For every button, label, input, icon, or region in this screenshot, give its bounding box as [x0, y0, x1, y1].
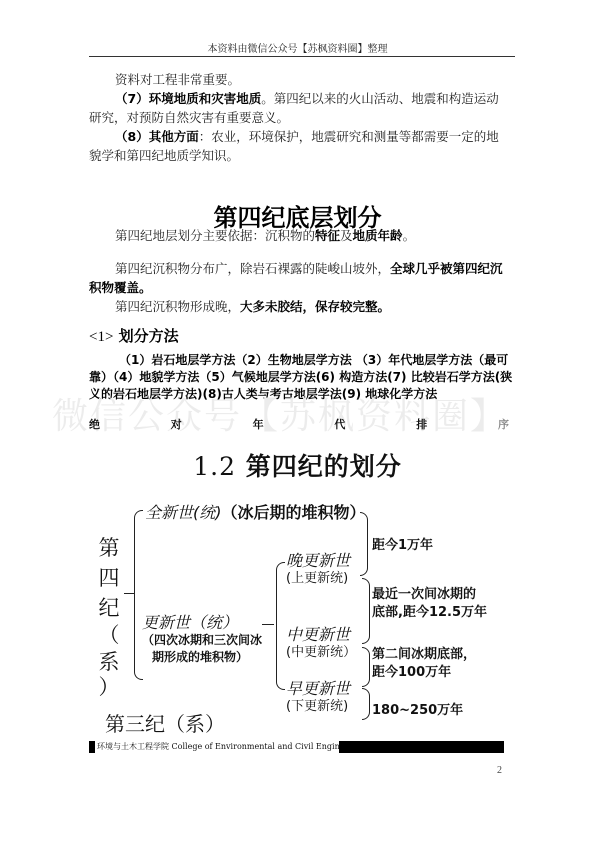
age-label-2: 最近一次间冰期的 底部,距今12.5万年: [372, 586, 487, 622]
late-pleistocene-series: (上更新统): [286, 570, 350, 588]
pleistocene-note-line1: （四次冰期和三次间冰: [142, 632, 262, 649]
pleistocene-note: （四次冰期和三次间冰 期形成的堆积物）: [142, 632, 262, 666]
late-pleistocene-name: 晚更新世: [286, 552, 350, 570]
basis-bold-2: 地质年龄: [353, 228, 403, 243]
item-7-label: （7）环境地质和灾害地质: [115, 91, 261, 106]
slide-footer-college: 环境与土木工程学院 College of Environmental and C…: [89, 741, 366, 753]
item-7-paragraph: （7）环境地质和灾害地质。第四纪以来的火山活动、地震和构造运动研究，对预防自然灾…: [89, 89, 509, 127]
root-char: 四: [96, 563, 122, 593]
quaternary-system-label: 第 四 纪 （ 系 ）: [96, 533, 122, 697]
cut-char: 序: [498, 416, 509, 432]
pleistocene-name: 更新世（统）: [142, 610, 238, 633]
basis-paragraph: 第四纪地层划分主要依据：沉积物的特征及地质年龄。: [89, 226, 509, 245]
age-label-1: 距今1万年: [372, 534, 433, 553]
root-char: 系: [96, 647, 122, 677]
late-pleistocene: 晚更新世 (上更新统): [286, 552, 350, 588]
age-brace-3: [362, 647, 370, 687]
formation-paragraph: 第四纪沉积物形成晚，大多未胶结，保存较完整。: [89, 297, 509, 316]
cut-char: 绝: [89, 416, 100, 432]
root-char: 第: [96, 533, 122, 563]
footer-college-text: 环境与土木工程学院 College of Environmental and C…: [97, 742, 366, 751]
age-label-3: 第二间冰期底部， 距今100万年: [372, 646, 476, 682]
formation-bold: 大多未胶结，保存较完整。: [240, 299, 390, 314]
early-pleistocene-series: (下更新统): [286, 698, 350, 716]
cut-char: 排: [416, 416, 427, 432]
middle-pleistocene-series: (中更新统）: [286, 644, 356, 662]
age-label-2-line2: 底部,距今12.5万年: [372, 604, 487, 622]
distribution-text: 第四纪沉积物分布广，除岩石裸露的陡峻山坡外，: [115, 261, 390, 276]
pleistocene-connector: [262, 624, 274, 625]
holocene-name: 全新世(统): [145, 503, 222, 522]
methods-heading-text: 划分方法: [119, 327, 179, 345]
distribution-paragraph: 第四纪沉积物分布广，除岩石裸露的陡峻山坡外，全球几乎被第四纪沉积物覆盖。: [89, 259, 509, 297]
age-label-3-line1: 第二间冰期底部，: [372, 646, 476, 664]
early-pleistocene-name: 早更新世: [286, 680, 350, 698]
age-label-3-line2: 距今100万年: [372, 664, 476, 682]
basis-and: 及: [340, 228, 353, 243]
methods-heading-number: <1>: [89, 329, 113, 345]
basis-text: 第四纪地层划分主要依据：沉积物的: [115, 228, 315, 243]
cut-char: 对: [171, 416, 182, 432]
age-brace-4: [362, 688, 370, 720]
root-char: 纪: [96, 593, 122, 623]
main-brace-tip: [124, 593, 134, 594]
age-label-2-line1: 最近一次间冰期的: [372, 586, 487, 604]
tertiary-label: 第三纪（系）: [105, 708, 225, 737]
age-label-4: 180~250万年: [372, 699, 463, 718]
age-brace-1: [360, 512, 368, 576]
basis-bold-1: 特征: [315, 228, 340, 243]
slide-title-text: 第四纪的划分: [246, 452, 402, 481]
formation-text: 第四纪沉积物形成晚，: [115, 299, 240, 314]
root-char: ）: [96, 677, 122, 697]
footer-block: [89, 741, 95, 753]
middle-pleistocene-name: 中更新世: [286, 626, 356, 644]
root-char: （: [96, 623, 122, 647]
cut-char: 代: [334, 416, 345, 432]
holocene-note: （冰后期的堆积物）: [222, 503, 366, 522]
page-header: 本资料由微信公众号【苏枫资料圈】整理: [0, 40, 595, 55]
early-pleistocene: 早更新世 (下更新统): [286, 680, 350, 716]
age-brace-2: [362, 578, 370, 644]
holocene-row: 全新世(统)（冰后期的堆积物）: [145, 500, 366, 523]
basis-end: 。: [403, 228, 416, 243]
pleistocene-note-line2: 期形成的堆积物）: [142, 649, 262, 666]
cut-off-text-row: 绝 对 年 代 排 序: [89, 416, 509, 432]
slide-footer-banner: [339, 741, 504, 753]
page-number: 2: [497, 765, 502, 776]
header-divider: [89, 56, 515, 57]
item-8-paragraph: （8）其他方面：农业，环境保护，地震研究和测量等都需要一定的地貌学和第四纪地质学…: [89, 127, 509, 165]
slide-title: 1.2 第四纪的划分: [0, 447, 595, 483]
slide-title-number: 1.2: [193, 452, 236, 481]
cut-char: 年: [253, 416, 264, 432]
intro-continued: 资料对工程非常重要。: [89, 70, 509, 89]
item-8-label: （8）其他方面: [115, 129, 199, 144]
middle-pleistocene: 中更新世 (中更新统）: [286, 626, 356, 662]
pleistocene-brace: [276, 562, 285, 690]
methods-heading: <1> 划分方法: [89, 325, 179, 346]
